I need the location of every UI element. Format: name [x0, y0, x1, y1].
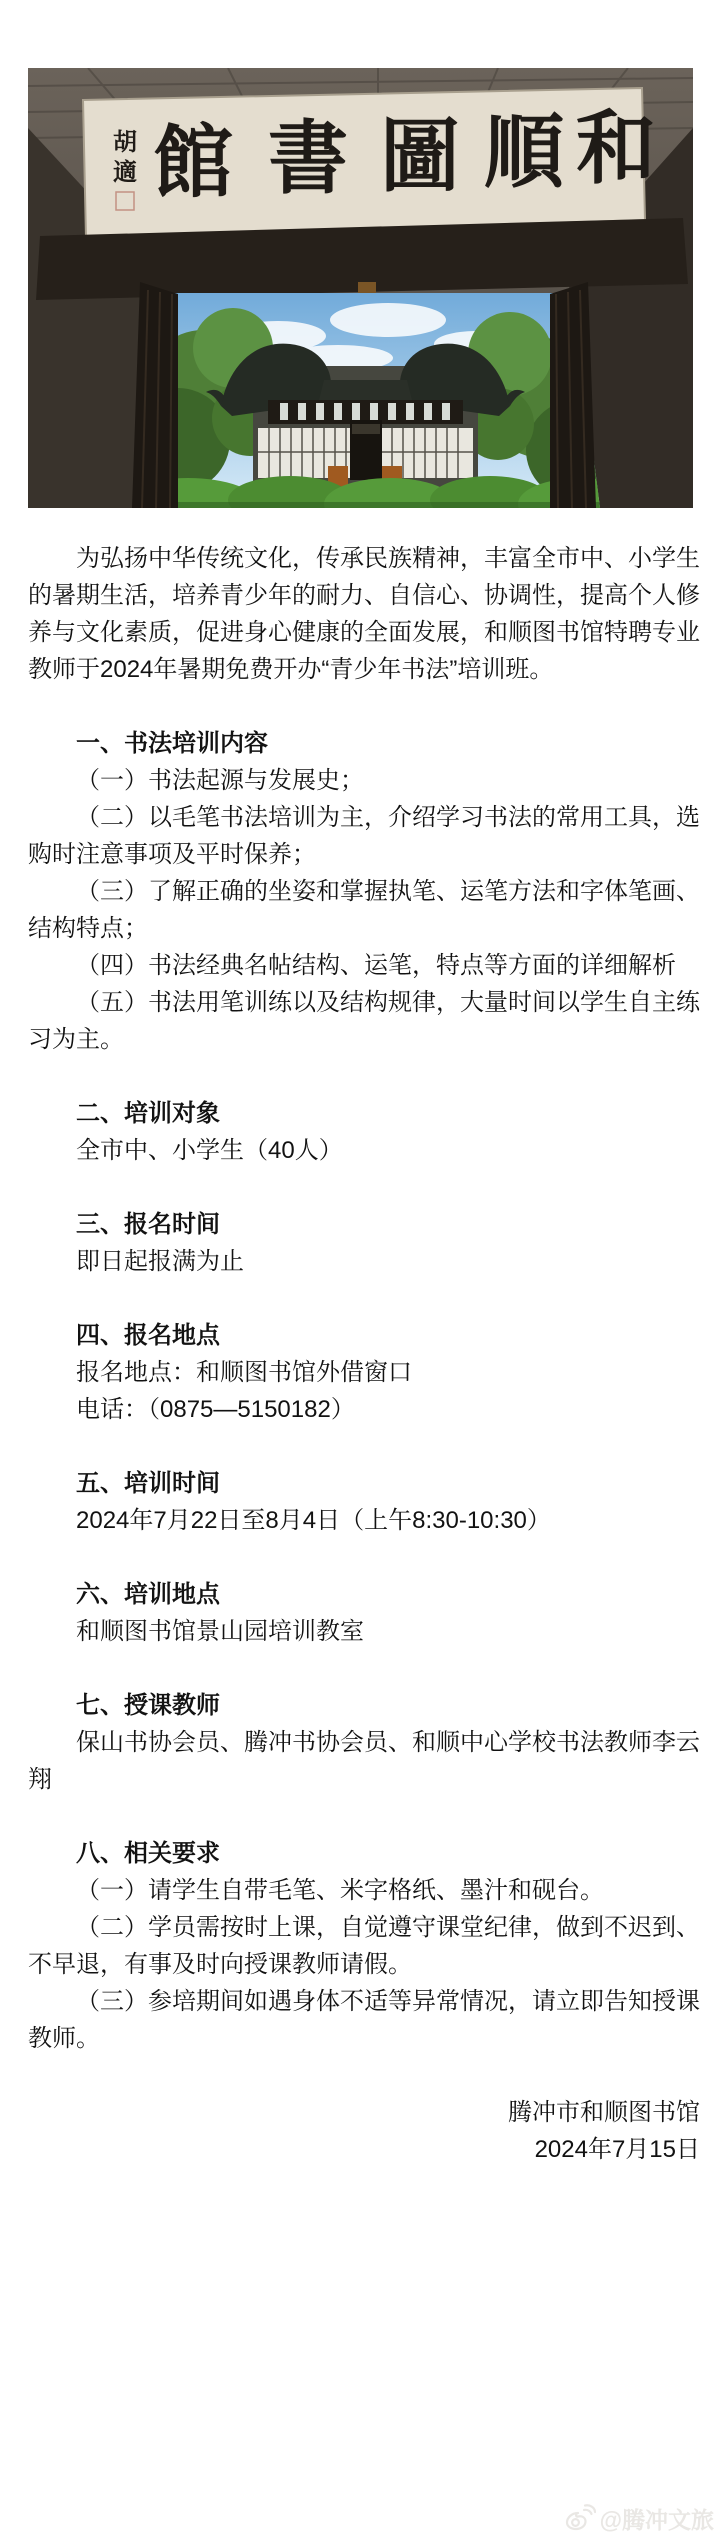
section-training-content: 一、书法培训内容 （一）书法起源与发展史； （二）以毛笔书法培训为主，介绍学习书… [28, 725, 700, 1058]
section-heading-4: 四、报名地点 [28, 1317, 700, 1354]
section-5-body: 2024年7月22日至8月4日（上午8:30-10:30） [28, 1502, 700, 1539]
signboard-char-he: 和 [576, 101, 656, 195]
section-1-item-3: （三）了解正确的坐姿和掌握执笔、运笔方法和字体笔画、结构特点； [28, 873, 700, 947]
announcement-page: 館 書 圖 順 和 胡 適 [0, 0, 720, 2540]
watermark: @腾冲文旅 [564, 2502, 714, 2534]
signature-block: 腾冲市和顺图书馆 2024年7月15日 [28, 2094, 700, 2168]
section-teacher: 七、授课教师 保山书协会员、腾冲书协会员、和顺中心学校书法教师李云翔 [28, 1687, 700, 1798]
section-registration-time: 三、报名时间 即日起报满为止 [28, 1206, 700, 1280]
signboard-char-shun: 順 [484, 105, 565, 199]
section-training-time: 五、培训时间 2024年7月22日至8月4日（上午8:30-10:30） [28, 1465, 700, 1539]
section-heading-3: 三、报名时间 [28, 1206, 700, 1243]
section-3-body: 即日起报满为止 [28, 1243, 700, 1280]
section-8-item-1: （一）请学生自带毛笔、米字格纸、墨汁和砚台。 [28, 1872, 700, 1909]
section-4-phone: 电话：（0875—5150182） [28, 1391, 700, 1428]
inscription-char-hu: 胡 [113, 127, 137, 156]
section-registration-place: 四、报名地点 报名地点：和顺图书馆外借窗口 电话：（0875—5150182） [28, 1317, 700, 1428]
section-8-item-2: （二）学员需按时上课，自觉遵守课堂纪律，做到不迟到、不早退，有事及时向授课教师请… [28, 1909, 700, 1983]
inscription-char-shi: 適 [113, 157, 137, 186]
section-6-body: 和顺图书馆景山园培训教室 [28, 1613, 700, 1650]
section-1-item-4: （四）书法经典名帖结构、运笔，特点等方面的详细解析 [28, 947, 700, 984]
section-1-item-2: （二）以毛笔书法培训为主，介绍学习书法的常用工具，选购时注意事项及平时保养； [28, 799, 700, 873]
section-trainees: 二、培训对象 全市中、小学生（40人） [28, 1095, 700, 1169]
signboard-char-guan: 館 [153, 115, 233, 209]
weibo-icon [564, 2504, 596, 2532]
watermark-text: @腾冲文旅 [600, 2502, 714, 2535]
section-heading-5: 五、培训时间 [28, 1465, 700, 1502]
signature-org: 腾冲市和顺图书馆 [28, 2094, 700, 2131]
signature-date: 2024年7月15日 [28, 2131, 700, 2168]
section-heading-6: 六、培训地点 [28, 1576, 700, 1613]
library-photo-art: 館 書 圖 順 和 胡 適 [28, 68, 693, 508]
section-heading-7: 七、授课教师 [28, 1687, 700, 1724]
section-requirements: 八、相关要求 （一）请学生自带毛笔、米字格纸、墨汁和砚台。 （二）学员需按时上课… [28, 1835, 700, 2057]
section-heading-2: 二、培训对象 [28, 1095, 700, 1132]
signboard-char-shu: 書 [268, 111, 348, 205]
section-heading-1: 一、书法培训内容 [28, 725, 700, 762]
intro-paragraph: 为弘扬中华传统文化，传承民族精神，丰富全市中、小学生的暑期生活，培养青少年的耐力… [28, 540, 700, 688]
section-4-place: 报名地点：和顺图书馆外借窗口 [28, 1354, 700, 1391]
section-1-item-5: （五）书法用笔训练以及结构规律，大量时间以学生自主练习为主。 [28, 984, 700, 1058]
section-heading-8: 八、相关要求 [28, 1835, 700, 1872]
section-8-item-3: （三）参培期间如遇身体不适等异常情况，请立即告知授课教师。 [28, 1983, 700, 2057]
announcement-body: 为弘扬中华传统文化，传承民族精神，丰富全市中、小学生的暑期生活，培养青少年的耐力… [28, 540, 700, 2168]
section-1-item-1: （一）书法起源与发展史； [28, 762, 700, 799]
library-photo: 館 書 圖 順 和 胡 適 [28, 68, 693, 508]
section-training-place: 六、培训地点 和顺图书馆景山园培训教室 [28, 1576, 700, 1650]
section-2-body: 全市中、小学生（40人） [28, 1132, 700, 1169]
section-7-body: 保山书协会员、腾冲书协会员、和顺中心学校书法教师李云翔 [28, 1724, 700, 1798]
signboard-char-tu: 圖 [380, 109, 460, 203]
